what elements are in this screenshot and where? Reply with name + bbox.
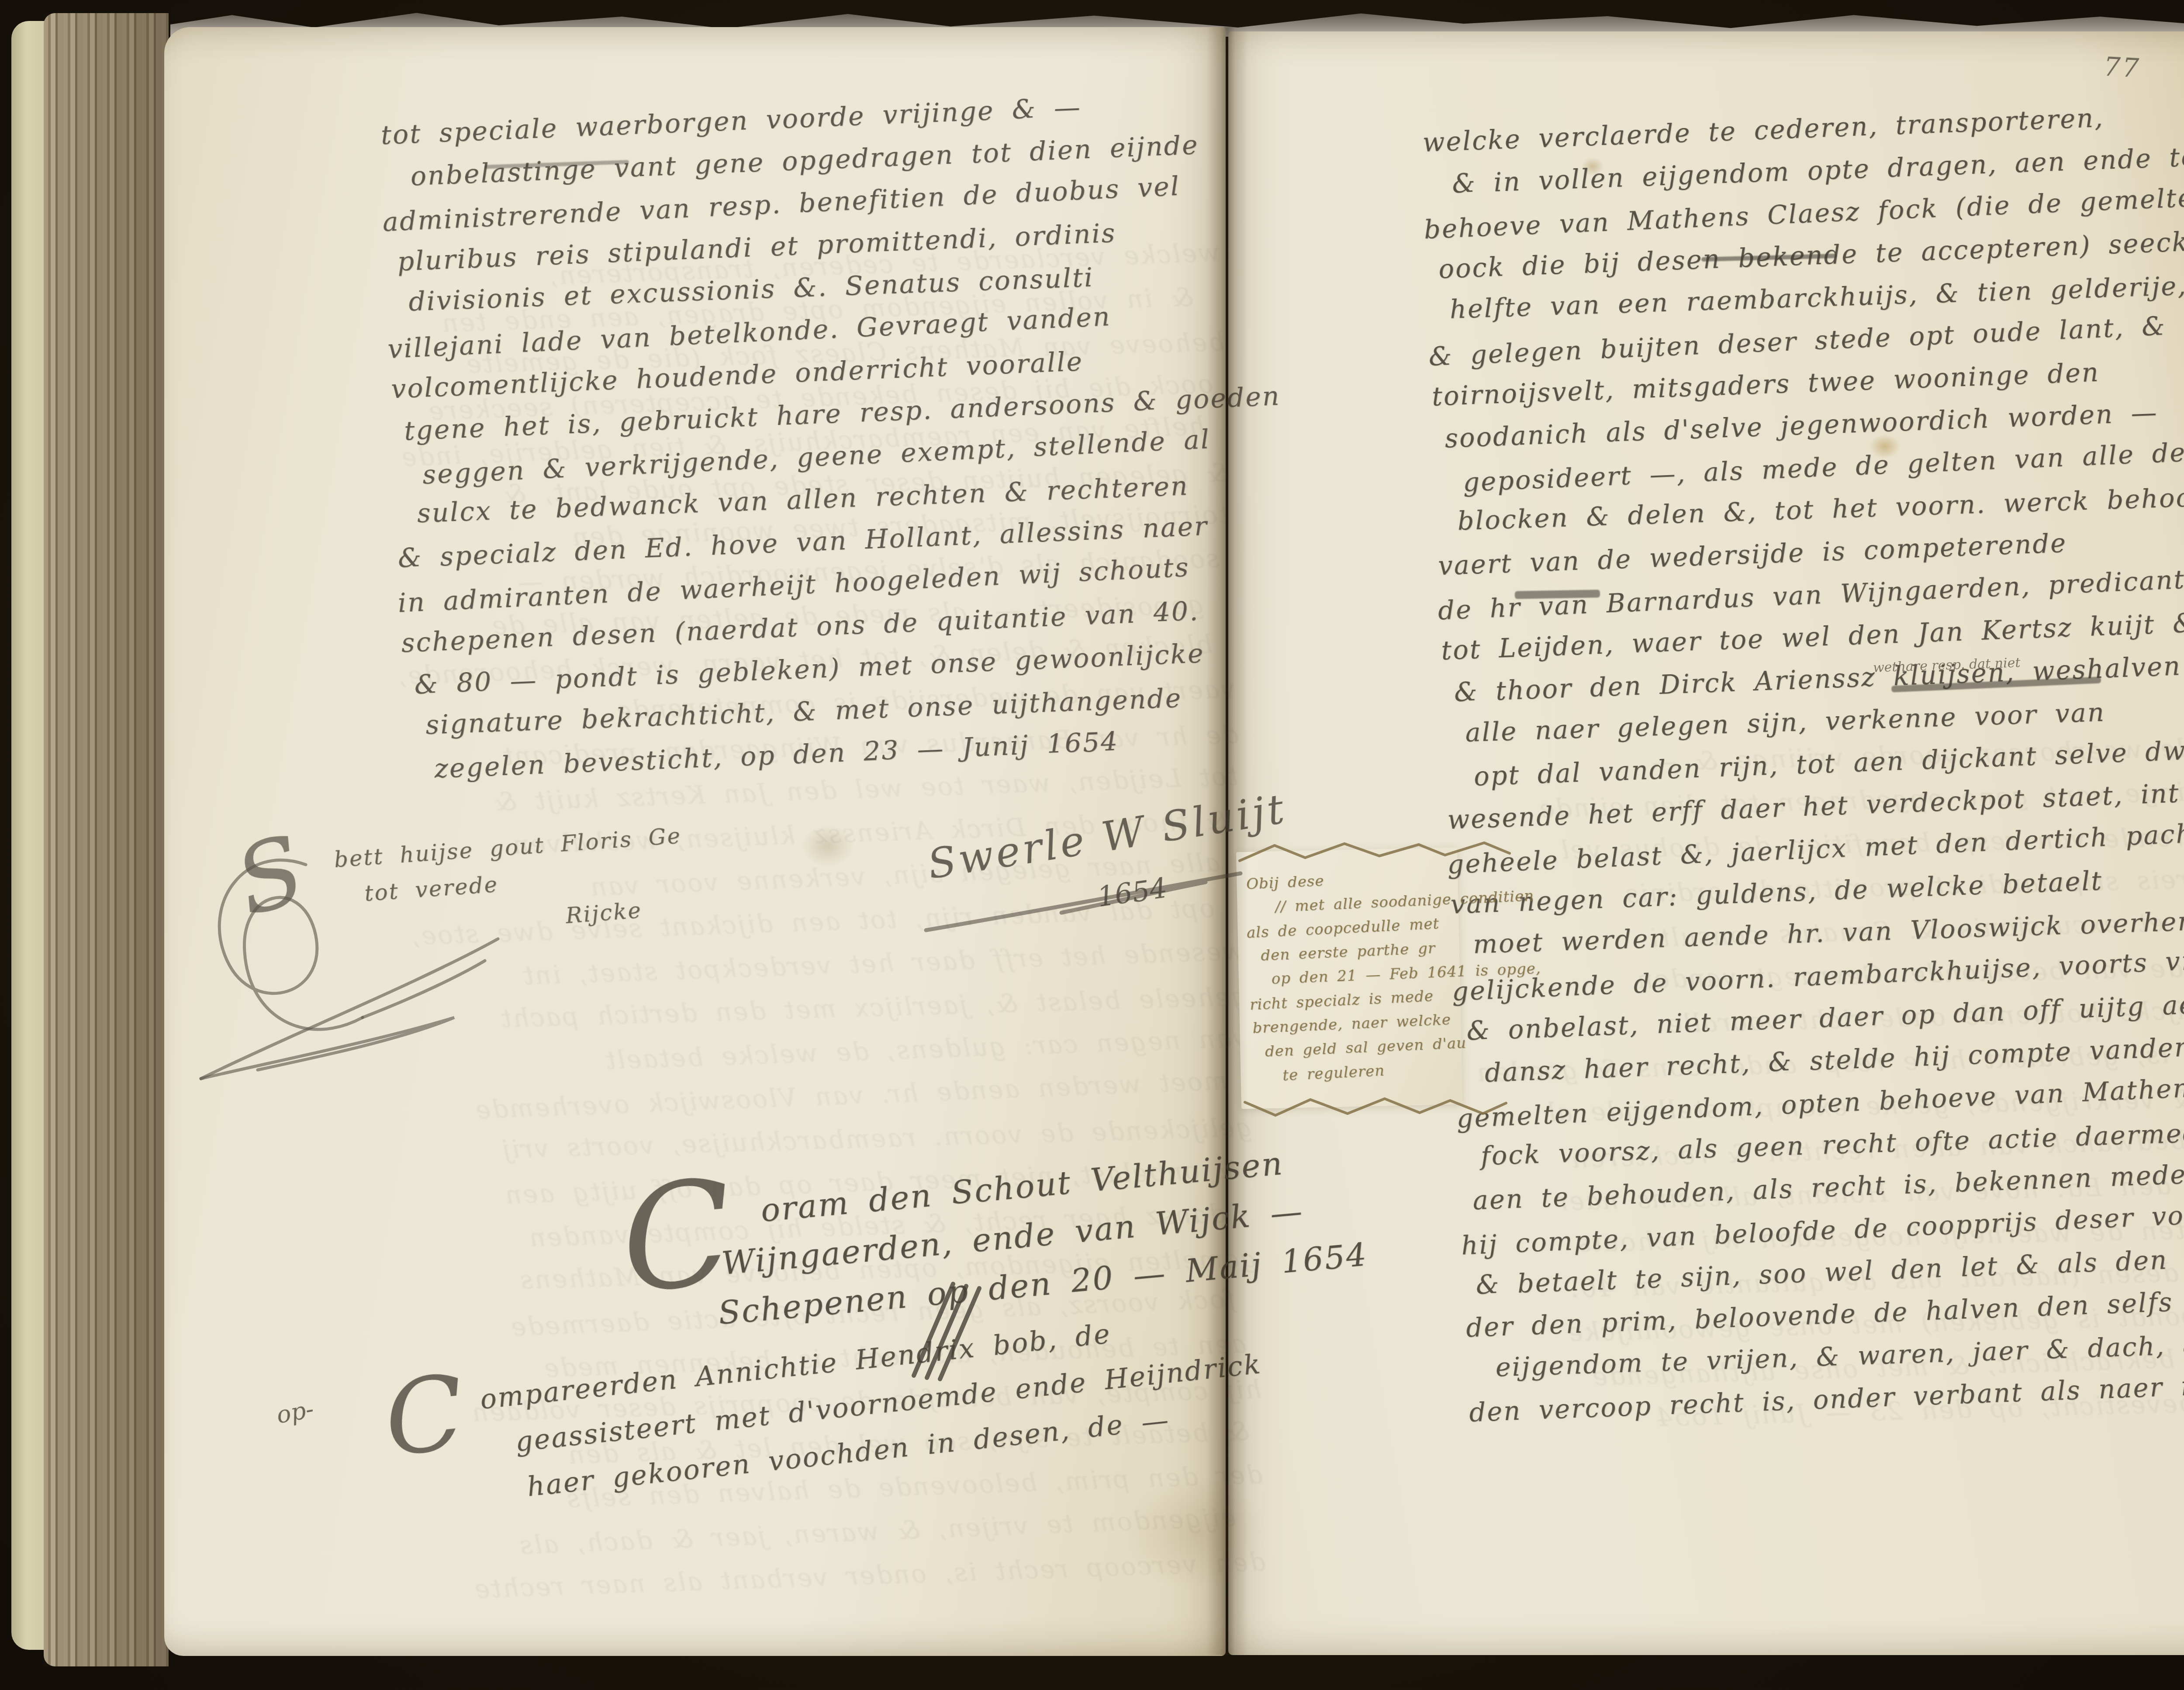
book-gutter-shadow [1206,27,1248,1655]
drop-cap-C: C [381,1372,467,1462]
signature-underline-flourish [917,865,1249,939]
right-page-text-block: welcke verclaerde te cederen, transporte… [1422,90,2184,1434]
manuscript-photo: { "photo": { "description": "Open bound … [0,0,2184,1690]
note-zigzag-bottom [1245,1094,1507,1121]
left-fore-edge-stack [44,13,169,1666]
drop-cap-C: C [617,1174,737,1299]
left-page-text-block: tot speciale waerborgen voorde vrijinge … [380,80,1272,792]
folio-number: 77 [2103,52,2141,84]
pen-flourish [175,852,594,1087]
ink-blot [1515,590,1600,599]
right-margin-note: Obij dese// met alle soodanige conditien… [1246,862,1482,1088]
